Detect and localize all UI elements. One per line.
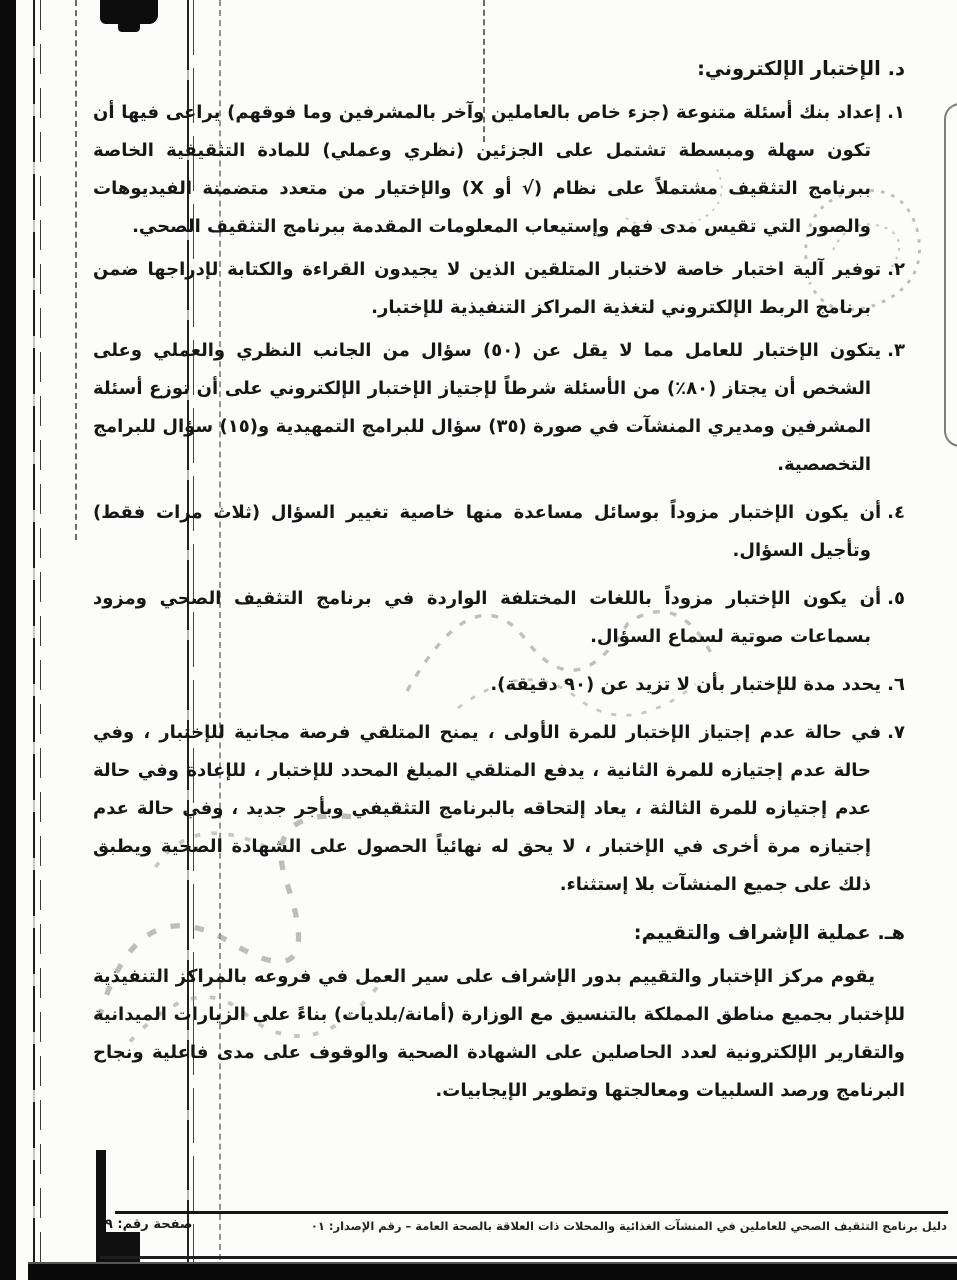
item-number: ٧. [881, 722, 905, 743]
list-item-1: ١.إعداد بنك أسئلة متنوعة (جزء خاص بالعام… [93, 94, 905, 246]
list-item-6: ٦.يحدد مدة للإختبار بأن لا تزيد عن (٩٠ د… [93, 666, 905, 704]
item-text: أن يكون الإختبار مزوداً باللغات المختلفة… [93, 588, 881, 647]
list-item-7: ٧.في حالة عدم إجتياز الإختبار للمرة الأو… [93, 714, 905, 904]
footer-manual-title: دليل برنامج التثقيف الصحي للعاملين في ال… [311, 1219, 947, 1233]
item-text: توفير آلية اختبار خاصة لاختبار المتلقين … [93, 259, 881, 318]
scan-bottom-bar [28, 1262, 957, 1280]
item-number: ٥. [881, 588, 905, 609]
list-item-4: ٤.أن يكون الإختبار مزوداً بوسائل مساعدة … [93, 494, 905, 570]
item-text: أن يكون الإختبار مزوداً بوسائل مساعدة من… [93, 502, 881, 561]
item-number: ١. [881, 102, 905, 123]
footer-divider [115, 1211, 948, 1214]
footer-page-number: صفحة رقم: ٣٩ [97, 1217, 193, 1232]
section-d-heading: د. الإختبار الإلكتروني: [93, 50, 905, 88]
scan-frame-line [100, 1256, 957, 1259]
item-text: في حالة عدم إجتياز الإختبار للمرة الأولى… [93, 722, 881, 895]
item-number: ٤. [881, 502, 905, 523]
scan-vertical-line [40, 0, 41, 1280]
document-body: د. الإختبار الإلكتروني: ١.إعداد بنك أسئل… [93, 50, 905, 1110]
item-number: ٣. [881, 340, 905, 361]
section-h-heading: هـ. عملية الإشراف والتقييم: [93, 914, 905, 952]
item-number: ٢. [881, 259, 905, 280]
list-item-2: ٢.توفير آلية اختبار خاصة لاختبار المتلقي… [93, 251, 905, 327]
list-item-5: ٥.أن يكون الإختبار مزوداً باللغات المختل… [93, 580, 905, 656]
list-item-3: ٣.يتكون الإختبار للعامل مما لا يقل عن (٥… [93, 332, 905, 484]
item-text: إعداد بنك أسئلة متنوعة (جزء خاص بالعاملي… [93, 102, 881, 237]
item-number: ٦. [881, 674, 905, 695]
scan-ink-blob [118, 18, 140, 32]
scan-dashed-line [75, 0, 77, 540]
scan-edge-strip [0, 0, 16, 1280]
item-text: يتكون الإختبار للعامل مما لا يقل عن (٥٠)… [93, 340, 881, 475]
item-text: يحدد مدة للإختبار بأن لا تزيد عن (٩٠ دقي… [490, 674, 881, 695]
section-h-paragraph: يقوم مركز الإختبار والتقييم بدور الإشراف… [93, 958, 905, 1110]
scan-vertical-line [33, 0, 35, 1280]
scanned-document-page: د. الإختبار الإلكتروني: ١.إعداد بنك أسئل… [0, 0, 957, 1280]
